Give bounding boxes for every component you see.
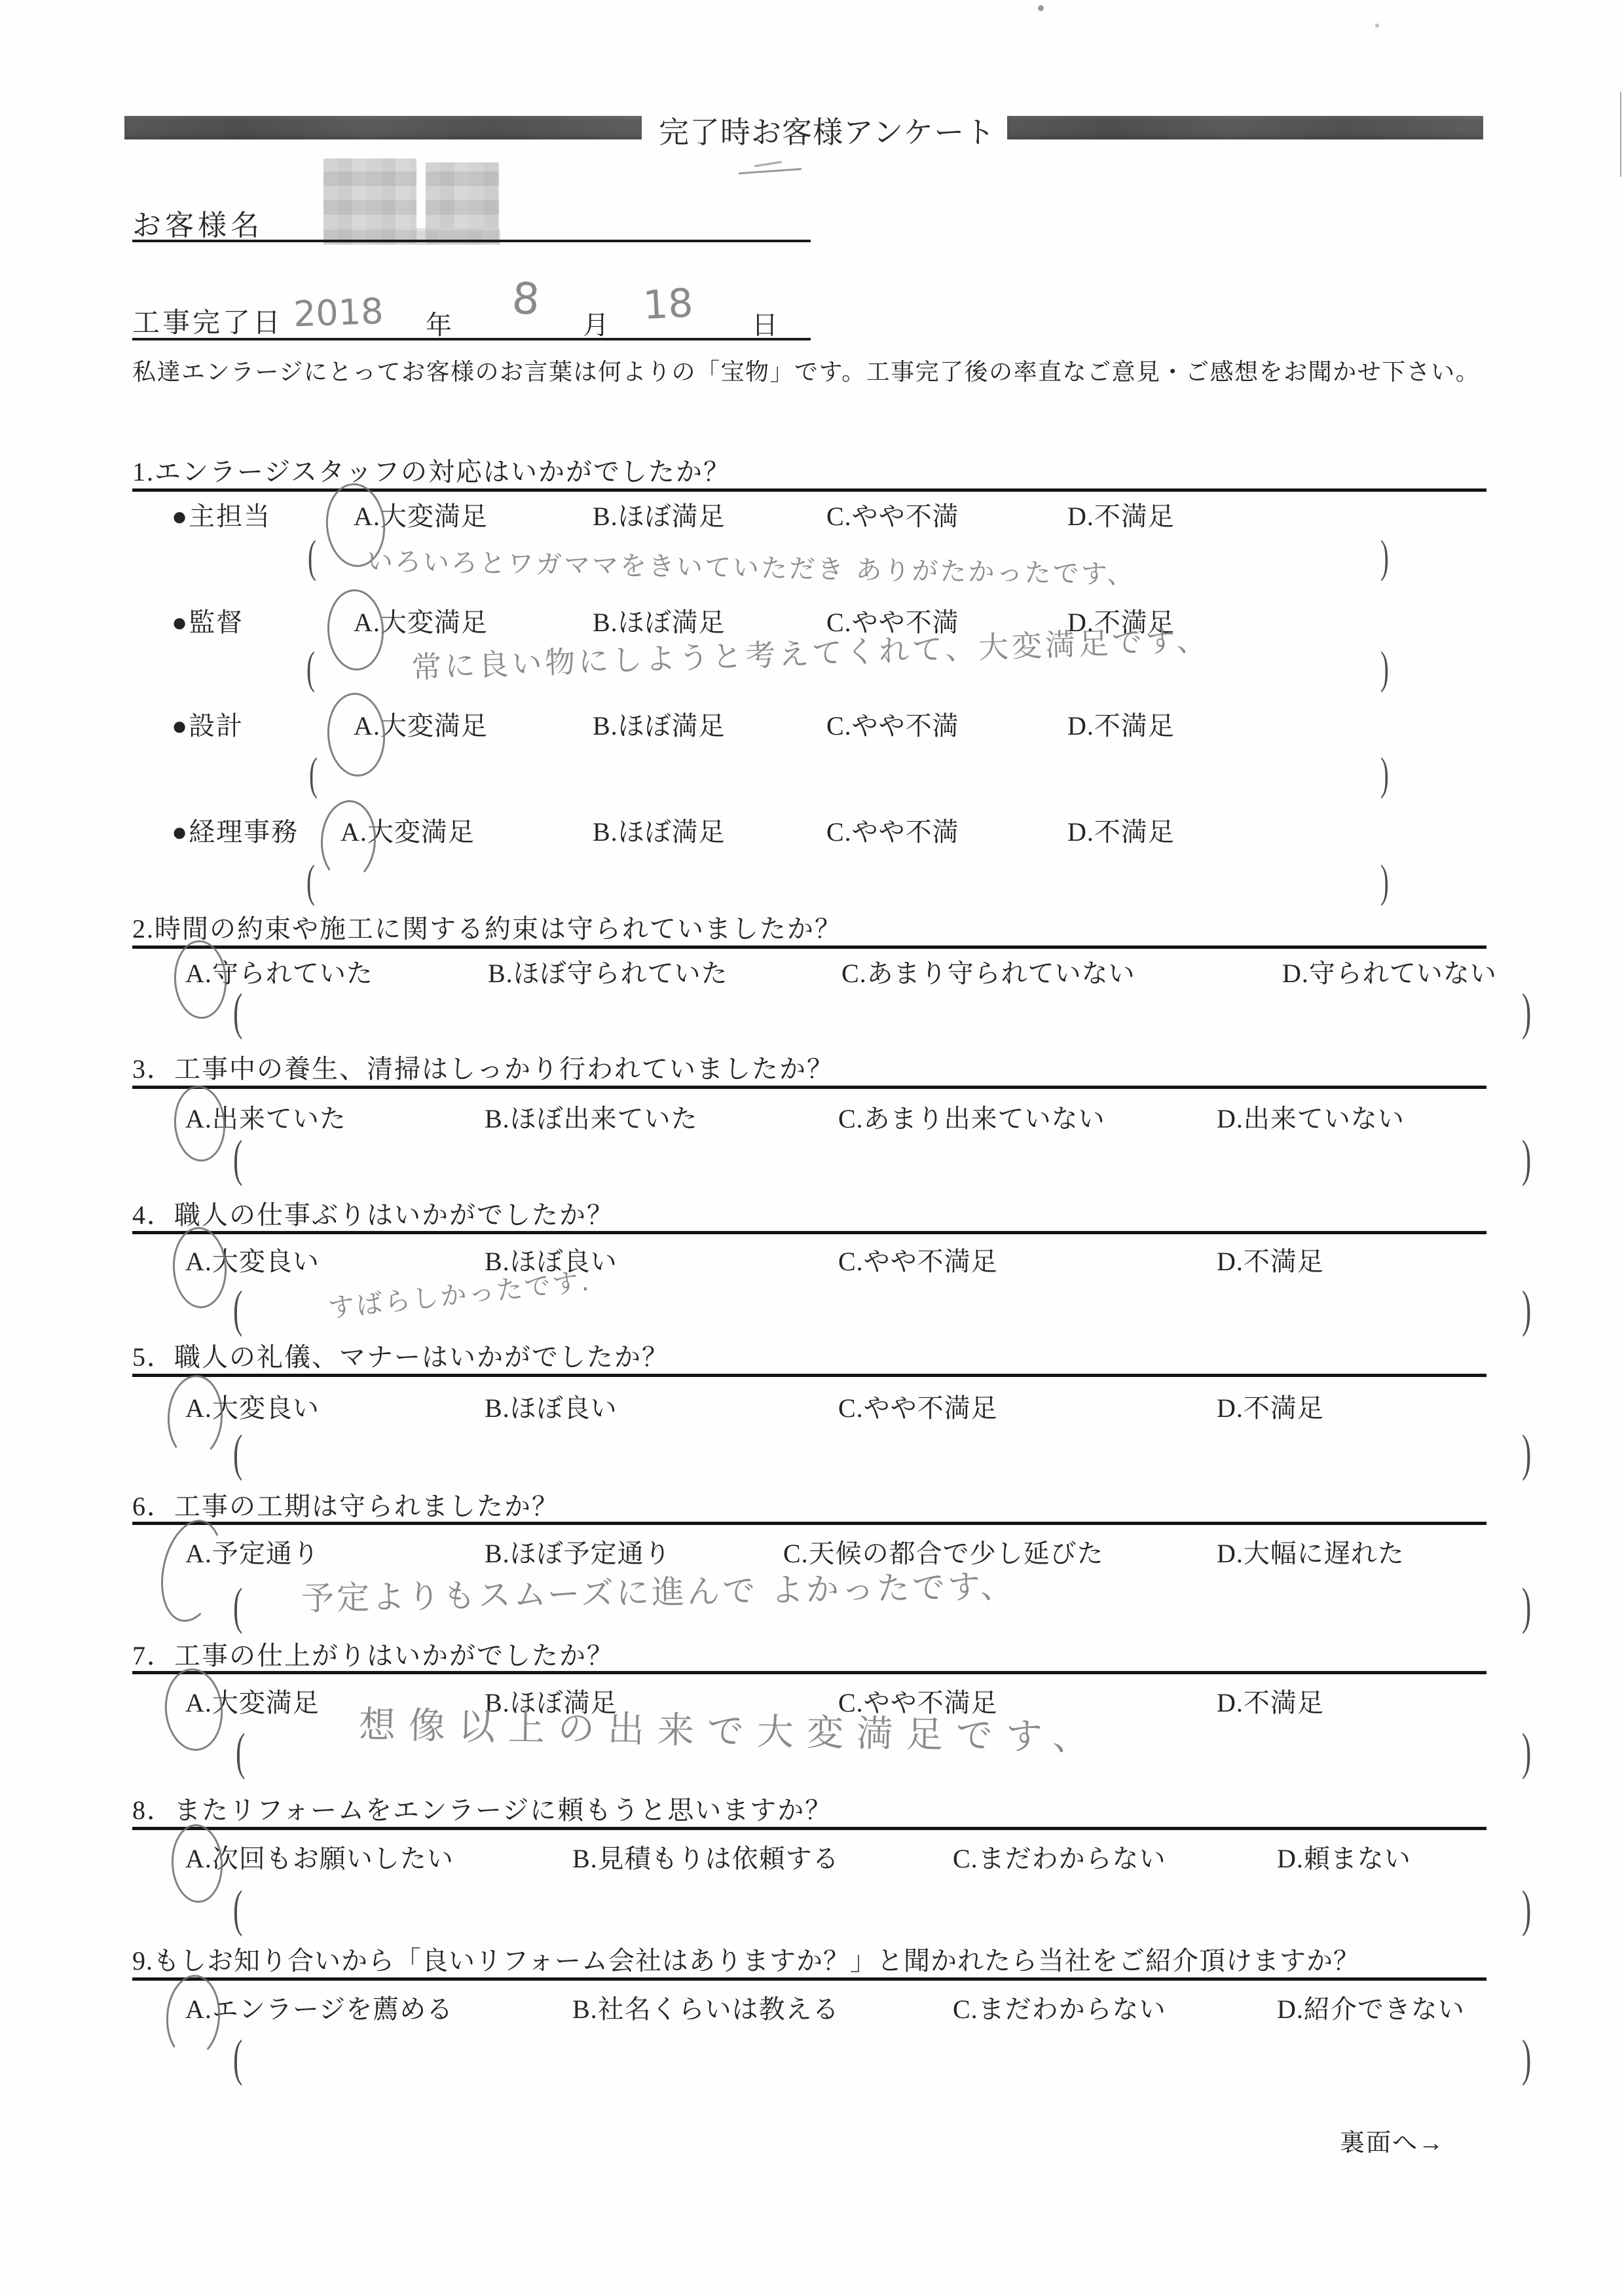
- question-rule: [132, 1827, 1486, 1830]
- option-d: D.不満足: [1067, 711, 1175, 741]
- handwritten-day: 18: [642, 280, 694, 329]
- comment-paren-open: (: [233, 1283, 242, 1334]
- customer-name-label: お客様名: [132, 210, 263, 243]
- header-bar-left: [124, 116, 642, 139]
- question-heading: 4．職人の仕事ぶりはいかがでしたか？: [132, 1200, 614, 1230]
- option-d: D.出来ていない: [1217, 1104, 1405, 1134]
- question-rule: [132, 488, 1486, 492]
- option-b: B.社名くらいは教える: [572, 1994, 840, 2025]
- question-rule: [132, 1231, 1486, 1234]
- scan-dot-artifact: [1038, 5, 1044, 11]
- comment-paren-close: ): [1522, 1581, 1531, 1632]
- question-rule: [132, 1086, 1486, 1089]
- question-heading: 1.エンラージスタッフの対応はいかがでしたか？: [132, 457, 731, 487]
- option-d: D.不満足: [1067, 502, 1175, 532]
- selected-answer-circle: [325, 691, 388, 779]
- comment-paren-open: (: [236, 1726, 245, 1777]
- option-c: C.やや不満足: [838, 1393, 998, 1423]
- pen-squiggle-artifact: [739, 168, 802, 175]
- question-heading: 5．職人の礼儀、マナーはいかがでしたか？: [132, 1342, 669, 1372]
- date-underline: [132, 338, 811, 340]
- comment-paren-open: (: [308, 534, 316, 580]
- completion-date-label: 工事完了日: [132, 308, 283, 339]
- question-heading: 3．工事中の養生、清掃はしっかり行われていましたか？: [132, 1054, 834, 1084]
- comment-paren-open: (: [233, 1427, 242, 1478]
- day-unit: 日: [752, 310, 778, 340]
- question-rule: [132, 1671, 1486, 1674]
- comment-paren-close: ): [1522, 2032, 1531, 2084]
- option-d: D.守られていない: [1282, 959, 1497, 989]
- selected-answer-circle: [319, 799, 378, 883]
- selected-answer-circle: [172, 939, 229, 1020]
- option-a: A.次回もお願いしたい: [185, 1844, 454, 1874]
- option-a: A.エンラージを薦める: [185, 1994, 453, 2025]
- option-b: B.見積もりは依頼する: [572, 1844, 840, 1874]
- handwritten-comment: いろいろとワガママをきいていただき ありがたかったです、: [367, 541, 1135, 591]
- comment-paren-close: ): [1522, 1427, 1531, 1478]
- option-d: D.不満足: [1067, 817, 1175, 847]
- comment-paren-close: ): [1380, 859, 1389, 905]
- question-rule: [132, 1977, 1486, 1981]
- option-c: C.あまり出来ていない: [838, 1104, 1105, 1134]
- staff-row-label: ●設計: [172, 711, 244, 741]
- question-heading: 7．工事の仕上がりはいかがでしたか？: [132, 1641, 614, 1671]
- option-b: B.ほぼ満足: [593, 502, 726, 532]
- selected-answer-circle: [325, 588, 386, 672]
- year-unit: 年: [426, 310, 452, 340]
- option-c: C.やや不満: [826, 817, 959, 847]
- staff-row-label: ●経理事務: [172, 817, 299, 847]
- selected-answer-circle: [170, 1823, 225, 1904]
- comment-paren-open: (: [233, 986, 242, 1037]
- option-d: D.紹介できない: [1277, 1994, 1465, 2025]
- comment-paren-close: ): [1522, 986, 1531, 1037]
- selected-answer-circle: [164, 1973, 223, 2060]
- option-b: B.ほぼ満足: [593, 817, 726, 847]
- question-heading: 8．またリフォームをエンラージに頼もうと思いますか？: [132, 1795, 832, 1826]
- option-d: D.頼まない: [1277, 1844, 1411, 1874]
- scan-edge-artifact: [1620, 92, 1621, 177]
- selected-answer-circle: [172, 1084, 228, 1163]
- pen-squiggle-artifact: [754, 161, 782, 168]
- comment-paren-open: (: [306, 646, 315, 691]
- comment-paren-close: ): [1522, 1726, 1531, 1777]
- comment-paren-open: (: [306, 859, 315, 905]
- option-b: B.ほぼ良い: [485, 1393, 618, 1423]
- comment-paren-close: ): [1522, 1883, 1531, 1934]
- option-b: B.ほぼ出来ていた: [485, 1104, 698, 1134]
- option-d: D.不満足: [1217, 1393, 1324, 1423]
- scan-dot-artifact: [1375, 24, 1379, 28]
- comment-paren-close: ): [1522, 1133, 1531, 1184]
- comment-paren-close: ): [1380, 646, 1389, 691]
- selected-answer-circle: [171, 1226, 229, 1310]
- option-c: C.まだわからない: [953, 1994, 1166, 2025]
- question-rule: [132, 946, 1486, 949]
- comment-paren-open: (: [233, 1133, 242, 1184]
- question-rule: [132, 1374, 1486, 1377]
- comment-paren-open: (: [309, 752, 318, 798]
- option-c: C.やや不満: [826, 711, 959, 741]
- handwritten-comment: 予定よりもスムーズに進んで よかったです、: [301, 1560, 1016, 1619]
- option-b: B.ほぼ予定通り: [485, 1539, 671, 1569]
- question-heading: 6．工事の工期は守られましたか？: [132, 1492, 559, 1522]
- handwritten-comment: 常に良い物にしようと考えてくれて、大変満足です、: [411, 616, 1210, 688]
- option-c: C.やや不満足: [838, 1247, 998, 1277]
- selected-answer-circle: [153, 1514, 232, 1627]
- name-underline: [132, 240, 811, 242]
- form-title: 完了時お客様アンケート: [659, 109, 995, 152]
- comment-paren-open: (: [233, 1883, 242, 1934]
- header-bar-right: [1007, 116, 1483, 139]
- comment-paren-close: ): [1522, 1283, 1531, 1334]
- comment-paren-close: ): [1380, 534, 1389, 580]
- handwritten-month: 8: [510, 273, 541, 325]
- intro-text: 私達エンラージにとってお客様のお言葉は何よりの「宝物」です。工事完了後の率直なご…: [132, 359, 1480, 386]
- month-unit: 月: [583, 310, 609, 340]
- option-b: B.ほぼ守られていた: [488, 959, 728, 989]
- selected-answer-circle: [166, 1374, 225, 1460]
- selected-answer-circle: [162, 1666, 227, 1753]
- option-d: D.大幅に遅れた: [1217, 1539, 1405, 1569]
- staff-row-label: ●主担当: [172, 502, 271, 532]
- question-heading: 2.時間の約束や施工に関する約束は守られていましたか？: [132, 914, 842, 944]
- question-heading: 9.もしお知り合いから「良いリフォーム会社はありますか？」と聞かれたら当社をご紹…: [132, 1946, 1360, 1976]
- handwritten-year: 2018: [293, 291, 384, 335]
- back-side-note: 裏面へ→: [1340, 2129, 1445, 2158]
- option-d: D.不満足: [1217, 1688, 1324, 1718]
- scanned-survey-sheet: 完了時お客様アンケート お客様名 工事完了日 2018 年 8 月 18 日 私…: [0, 0, 1624, 2295]
- comment-paren-close: ): [1380, 752, 1389, 798]
- staff-row-label: ●監督: [172, 608, 244, 638]
- comment-paren-open: (: [233, 1581, 242, 1632]
- option-c: C.まだわからない: [953, 1844, 1166, 1874]
- option-c: C.やや不満: [826, 502, 959, 532]
- option-d: D.不満足: [1217, 1247, 1324, 1277]
- option-c: C.あまり守られていない: [841, 959, 1135, 989]
- redacted-customer-name: [323, 228, 500, 245]
- question-rule: [132, 1522, 1486, 1525]
- option-b: B.ほぼ満足: [593, 711, 726, 741]
- comment-paren-open: (: [233, 2032, 242, 2084]
- handwritten-comment: すばらしかったです.: [326, 1260, 592, 1325]
